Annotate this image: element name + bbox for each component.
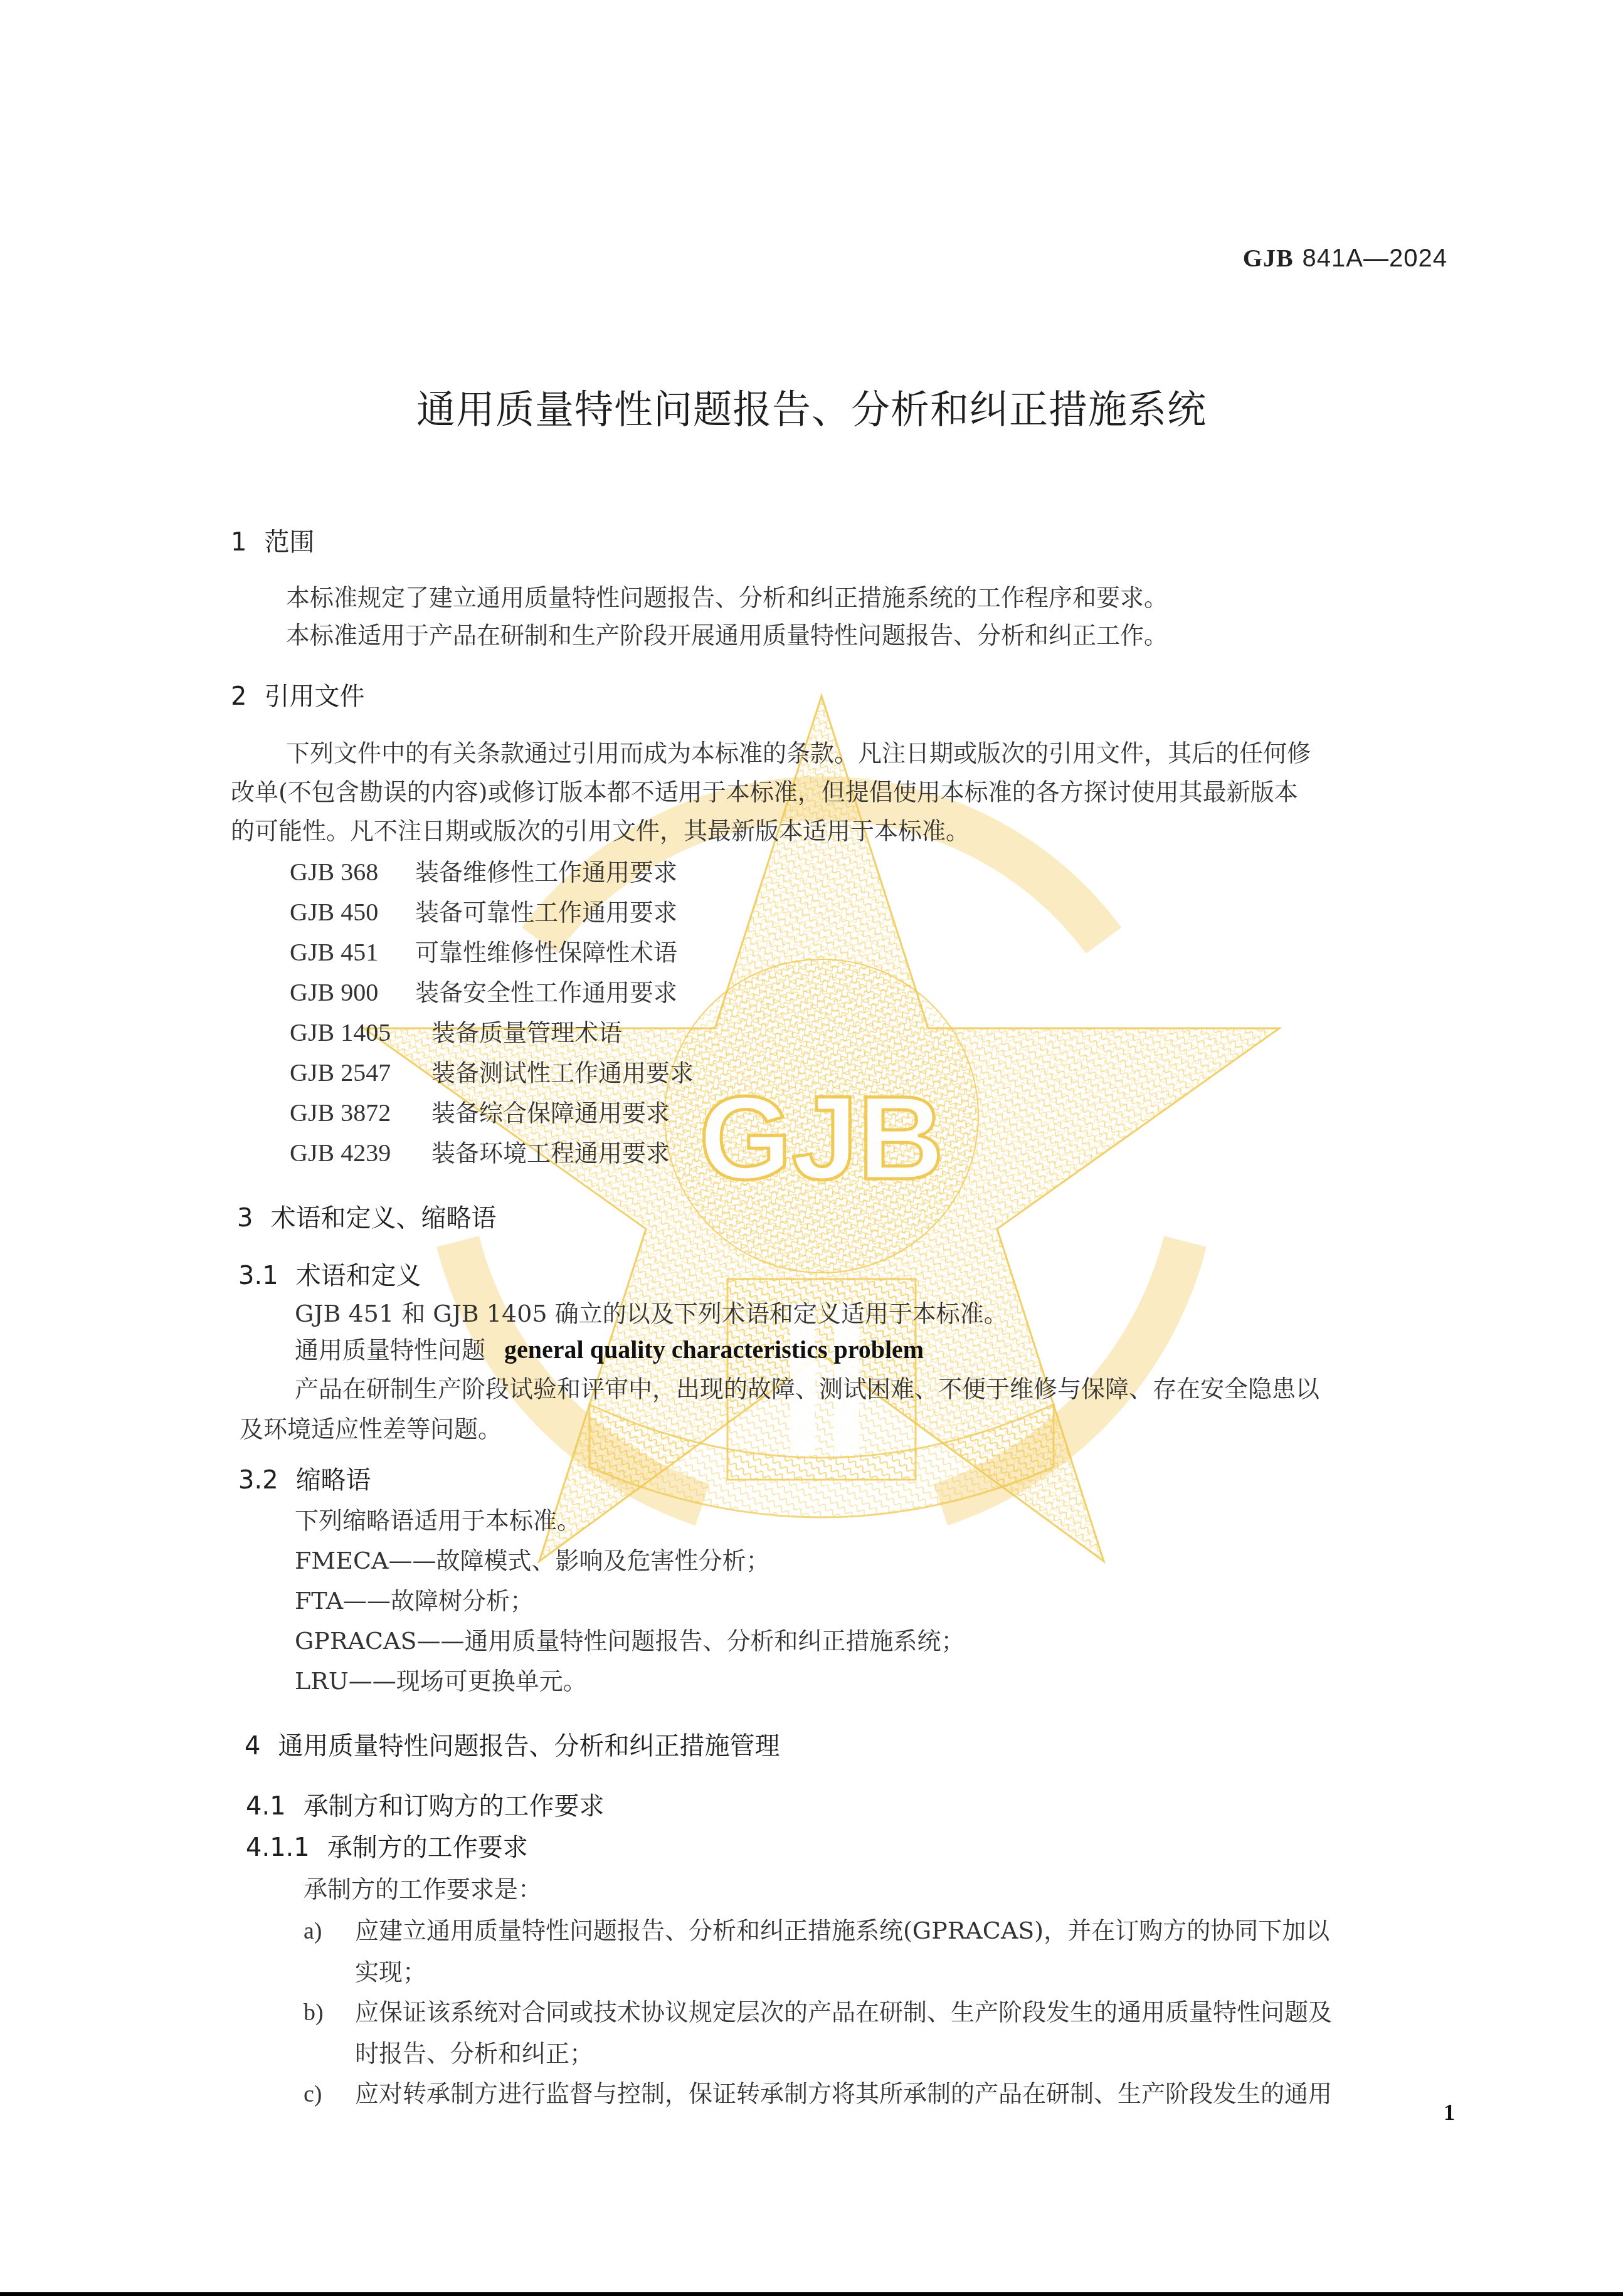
- section-4-1-1-intro: 承制方的工作要求是：: [304, 1875, 542, 1904]
- section-3-heading: 3术语和定义、缩略语: [237, 1204, 496, 1233]
- reference-item: GJB 2547装备测试性工作通用要求: [290, 1058, 694, 1087]
- reference-item: GJB 4239装备环境工程通用要求: [290, 1139, 670, 1167]
- reference-item: GJB 900装备安全性工作通用要求: [290, 978, 677, 1007]
- abbreviation-item: LRU——现场可更换单元。: [295, 1667, 587, 1695]
- term-english: general quality characteristics problem: [504, 1335, 924, 1364]
- term-definition-line: 及环境适应性差等问题。: [240, 1414, 502, 1443]
- requirement-item-b: b)应保证该系统对合同或技术协议规定层次的产品在研制、生产阶段发生的通用质量特性…: [304, 1998, 1332, 2027]
- reference-item: GJB 3872装备综合保障通用要求: [290, 1098, 670, 1127]
- svg-text:GJB: GJB: [699, 1072, 944, 1204]
- requirement-item-a-cont: 实现；: [355, 1957, 426, 1986]
- gjb-star-watermark-icon: GJB: [351, 677, 1292, 1586]
- requirement-item-c: c)应对转承制方进行监督与控制，保证转承制方将其所承制的产品在研制、生产阶段发生…: [304, 2079, 1332, 2109]
- standard-code: 841A—2024: [1303, 245, 1447, 272]
- section-4-1-1-heading: 4.1.1承制方的工作要求: [246, 1833, 528, 1862]
- section-3-2-intro: 下列缩略语适用于本标准。: [295, 1506, 581, 1535]
- term-chinese: 通用质量特性问题: [295, 1336, 485, 1364]
- reference-item: GJB 1405装备质量管理术语: [290, 1018, 622, 1047]
- section-3-2-heading: 3.2缩略语: [238, 1466, 371, 1495]
- abbreviation-item: GPRACAS——通用质量特性问题报告、分析和纠正措施系统；: [295, 1626, 965, 1655]
- term-definition-line: 产品在研制生产阶段试验和评审中，出现的故障、测试困难、不便于维修与保障、存在安全…: [295, 1374, 1319, 1403]
- section-2-intro-line: 的可能性。凡不注日期或版次的引用文件，其最新版本适用于本标准。: [231, 816, 970, 845]
- section-3-1-intro: GJB 451 和 GJB 1405 确立的以及下列术语和定义适用于本标准。: [295, 1299, 1008, 1328]
- section-1-paragraph: 本标准规定了建立通用质量特性问题报告、分析和纠正措施系统的工作程序和要求。: [286, 583, 1168, 612]
- requirement-item-a: a)应建立通用质量特性问题报告、分析和纠正措施系统(GPRACAS)，并在订购方…: [304, 1916, 1330, 1946]
- standard-prefix: GJB: [1243, 244, 1294, 272]
- section-1-heading: 1范围: [231, 528, 314, 557]
- section-3-1-heading: 3.1术语和定义: [238, 1261, 421, 1290]
- section-2-intro-line: 改单(不包含勘误的内容)或修订版本都不适用于本标准，但提倡使用本标准的各方探讨使…: [231, 777, 1298, 806]
- section-4-heading: 4通用质量特性问题报告、分析和纠正措施管理: [245, 1732, 780, 1761]
- reference-item: GJB 450装备可靠性工作通用要求: [290, 898, 677, 927]
- section-4-1-heading: 4.1承制方和订购方的工作要求: [246, 1792, 605, 1821]
- section-1-paragraph: 本标准适用于产品在研制和生产阶段开展通用质量特性问题报告、分析和纠正工作。: [286, 621, 1168, 650]
- section-2-intro-line: 下列文件中的有关条款通过引用而成为本标准的条款。凡注日期或版次的引用文件，其后的…: [286, 739, 1311, 767]
- page-bottom-border: [0, 2292, 1623, 2296]
- section-2-heading: 2引用文件: [231, 682, 364, 711]
- document-title: 通用质量特性问题报告、分析和纠正措施系统: [0, 379, 1623, 434]
- reference-item: GJB 368装备维修性工作通用要求: [290, 858, 677, 887]
- document-page: GJB GJB841A—2024 通用质量特性问题报告、分析和纠正措施系统 1范…: [0, 0, 1623, 2296]
- term-entry: 通用质量特性问题general quality characteristics …: [295, 1335, 924, 1364]
- page-number: 1: [1444, 2099, 1455, 2125]
- standard-number: GJB841A—2024: [1243, 243, 1447, 273]
- abbreviation-item: FMECA——故障模式、影响及危害性分析；: [295, 1546, 770, 1575]
- reference-item: GJB 451可靠性维修性保障性术语: [290, 938, 677, 967]
- requirement-item-b-cont: 时报告、分析和纠正；: [355, 2039, 593, 2068]
- abbreviation-item: FTA——故障树分析；: [295, 1586, 534, 1615]
